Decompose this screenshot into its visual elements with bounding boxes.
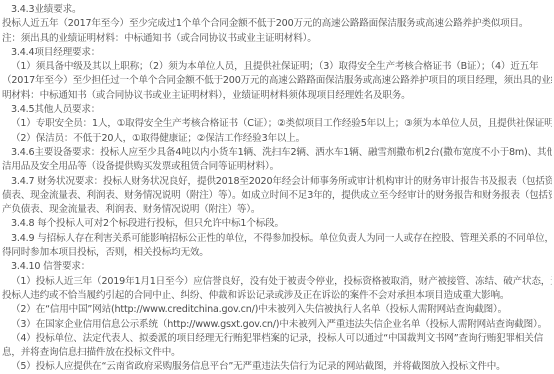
doc-line-section-349: 3.4.9 与招标人存在利害关系可能影响招标公正性的单位，不得参加投标。单位负责…: [2, 232, 552, 246]
doc-line: 债表、现金流量表、利润表、财务情况说明（附注）等）。如成立时间不足3年的，提供成…: [2, 189, 552, 203]
doc-line-section-348: 3.4.8 每个投标人可对2个标段进行投标，但只允许中标1个标段。: [2, 217, 552, 231]
document-page: 3.4.3业绩要求。 投标人近五年（2017年至今）至少完成过1个单个合同金额不…: [0, 0, 554, 374]
doc-line: （5）投标人应提供在“云南省政府采购服务信息平台”无严重违法失信行为记录的网站截…: [2, 360, 552, 374]
doc-line: 息，并将查询信息扫描件放在投标文件中。: [2, 346, 552, 360]
doc-line-gsxt-url: （3）在国家企业信用信息公示系统（http://www.gsxt.gov.cn/…: [2, 318, 552, 332]
doc-line: （2017年至今）至少担任过一个单个合同金额不低于200万元的高速公路路面保洁服…: [2, 74, 552, 88]
doc-line-section-347: 3.4.7 财务状况要求：投标人财务状况良好，提供2018至2020年经会计师事…: [2, 175, 552, 189]
doc-line: 投标人近五年（2017年至今）至少完成过1个单个合同金额不低于200万元的高速公…: [2, 17, 552, 31]
doc-line-section-346: 3.4.6主要设备要求：投标人应至少具备4吨以内小货车1辆、洗扫车2辆、洒水车1…: [2, 146, 552, 160]
doc-line: （1）专职安全员：1人，①取得安全生产考核合格证书（C证）；②类似项目工作经验5…: [2, 117, 552, 131]
doc-line-section-345: 3.4.5其他人员要求：: [2, 103, 552, 117]
doc-line-section-343: 3.4.3业绩要求。: [2, 3, 552, 17]
doc-line-note: 注：须出具的业绩证明材料：中标通知书（或合同协议书或业主证明材料）。: [2, 32, 552, 46]
doc-line-section-3410: 3.4.10 信誉要求：: [2, 260, 552, 274]
doc-line: 明材料：中标通知书（或合同协议书或业主证明材料），业绩证明材料须体现项目经理姓名…: [2, 89, 552, 103]
doc-line: 产负债表、现金流量表、利润表、财务情况说明（附注）等）。: [2, 203, 552, 217]
doc-line-credit-china-url: （2）在“信用中国”网站(http://www.creditchina.gov.…: [2, 303, 552, 317]
doc-line: 投标人违约或不恰当履约引起的合同中止、纠纷、仲裁和诉讼记录或涉及正在诉讼的案件不…: [2, 289, 552, 303]
doc-line: （1）投标人近三年（2019年1月1日至今）应信誉良好，没有处于被责令停业，投标…: [2, 275, 552, 289]
doc-line-section-344: 3.4.4项目经理要求：: [2, 46, 552, 60]
doc-line: （2）保洁员：不低于20人，①取得健康证；②保洁工作经验3年以上。: [2, 132, 552, 146]
doc-line: （4）投标单位、法定代表人、拟委派的项目经理无行贿犯罪档案的记录，投标人可以通过…: [2, 332, 552, 346]
doc-line: 得同时参加本项目投标，否则，相关投标均无效。: [2, 246, 552, 260]
doc-line: 洁用品及安全用品等（设备提供购买发票或租赁合同等证明材料）。: [2, 160, 552, 174]
doc-line: （1）须具备中级及其以上职称；（2）须为本单位人员，且提供社保证明；（3）取得安…: [2, 60, 552, 74]
